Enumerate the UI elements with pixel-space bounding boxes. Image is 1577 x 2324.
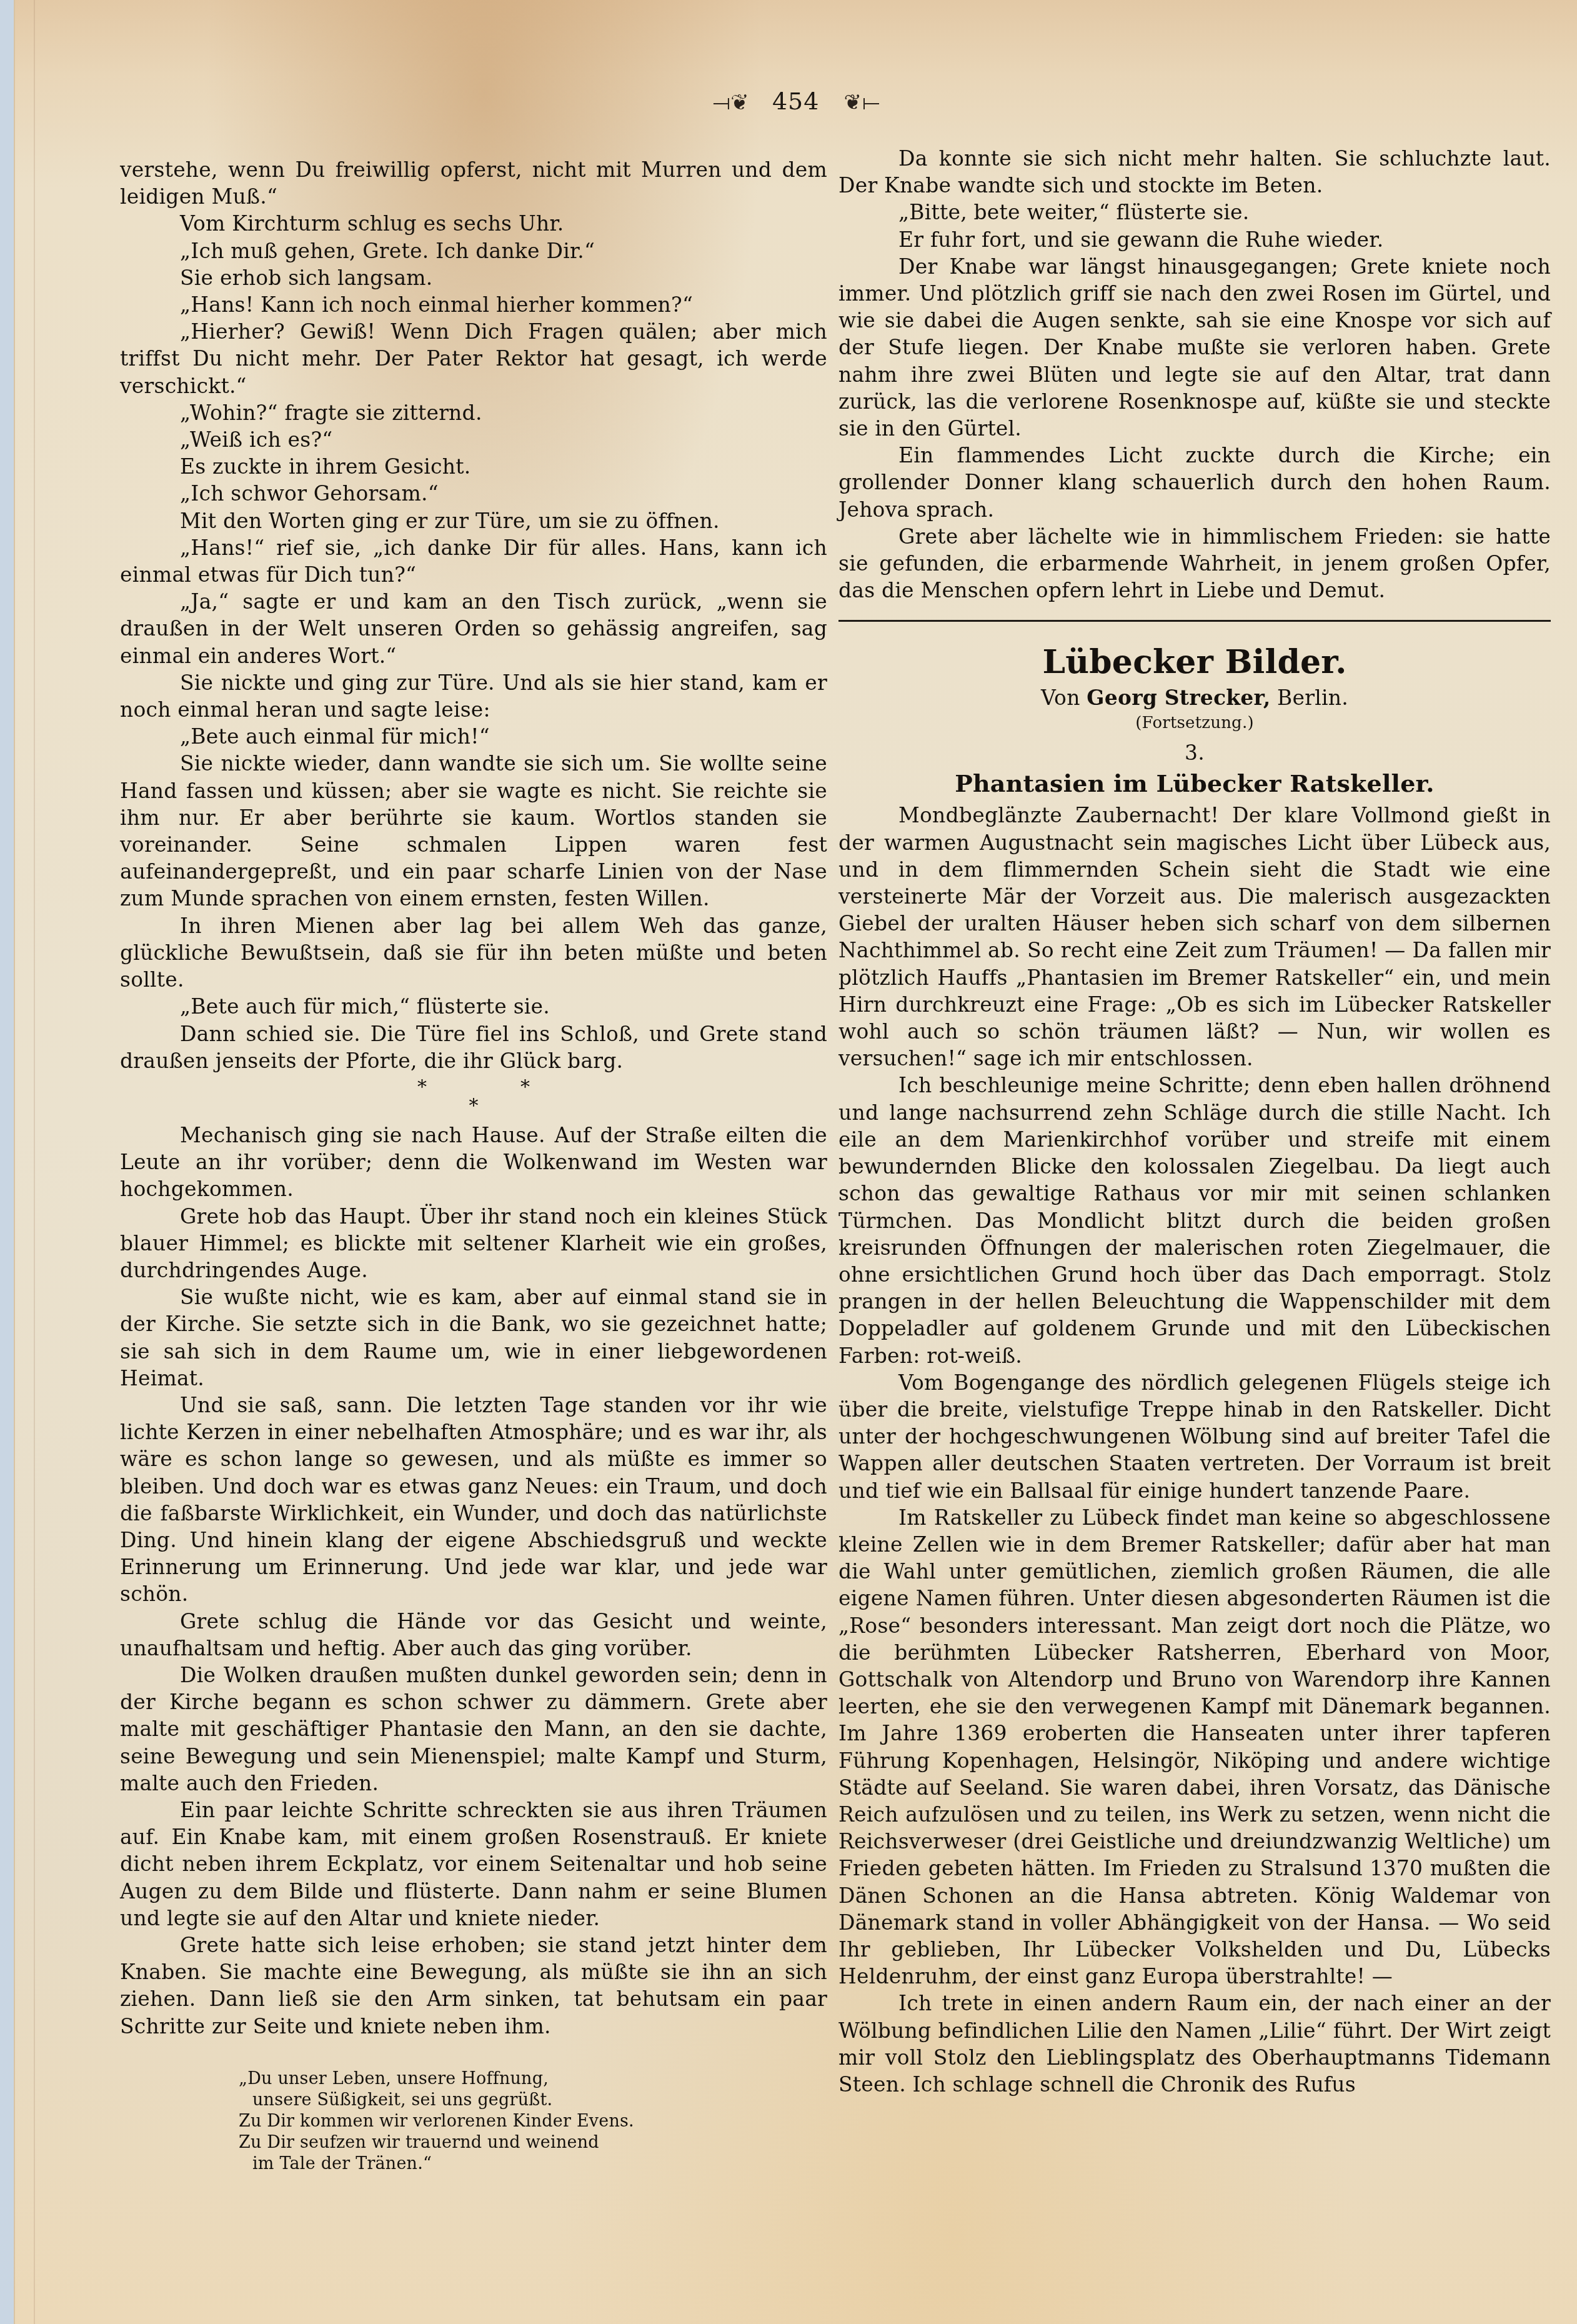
paragraph: Grete aber lächelte wie in himmlischem F… bbox=[838, 523, 1551, 604]
paragraph: „Wohin?“ fragte sie zitternd. bbox=[120, 399, 827, 426]
ornament-left-icon: ⟞❦ bbox=[713, 90, 748, 115]
paragraph: Dann schied sie. Die Türe fiel ins Schlo… bbox=[120, 1020, 827, 1074]
page-number: 454 bbox=[772, 87, 820, 115]
paragraph: Sie erhob sich langsam. bbox=[120, 264, 827, 291]
ornament-right-icon: ❦⟝ bbox=[844, 90, 881, 115]
paragraph: Es zuckte in ihrem Gesicht. bbox=[120, 453, 827, 480]
verse-line: unsere Süßigkeit, sei uns gegrüßt. bbox=[239, 2090, 827, 2111]
paragraph: Ein paar leichte Schritte schreckten sie… bbox=[120, 1797, 827, 1932]
paragraph: Mondbeglänzte Zaubernacht! Der klare Vol… bbox=[838, 802, 1551, 1072]
verse-line: Zu Dir seufzen wir trauernd und weinend bbox=[239, 2132, 827, 2153]
story-paragraphs: verstehe, wenn Du freiwillig opferst, ni… bbox=[120, 156, 827, 1074]
paragraph: „Ich muß gehen, Grete. Ich danke Dir.“ bbox=[120, 237, 827, 264]
paragraph: „Bete auch einmal für mich!“ bbox=[120, 723, 827, 750]
paragraph: „Bete auch für mich,“ flüsterte sie. bbox=[120, 993, 827, 1020]
byline-prefix: Von bbox=[1041, 686, 1080, 710]
paragraph: „Hans!“ rief sie, „ich danke Dir für all… bbox=[120, 534, 827, 588]
paragraph: Ich beschleunige meine Schritte; denn eb… bbox=[838, 1072, 1551, 1369]
paragraph: Mechanisch ging sie nach Hause. Auf der … bbox=[120, 1122, 827, 1203]
article-title: Lübecker Bilder. bbox=[838, 643, 1551, 682]
scanned-page: ⟞❦ 454 ❦⟝ verstehe, wenn Du freiwillig o… bbox=[14, 0, 1577, 2324]
paragraph: Die Wolken draußen mußten dunkel geworde… bbox=[120, 1662, 827, 1797]
paragraph: „Ja,“ sagte er und kam an den Tisch zurü… bbox=[120, 588, 827, 669]
article-byline: Von Georg Strecker, Berlin. bbox=[838, 684, 1551, 712]
story-conclusion: Da konnte sie sich nicht mehr halten. Si… bbox=[838, 145, 1551, 604]
separator-stars-top: ** bbox=[120, 1078, 827, 1097]
paragraph: „Bitte, bete weiter,“ flüsterte sie. bbox=[838, 199, 1551, 226]
paragraph: Sie nickte und ging zur Türe. Und als si… bbox=[120, 669, 827, 723]
section-title: Phantasien im Lübecker Ratskeller. bbox=[838, 768, 1551, 799]
paragraph: Grete hatte sich leise erhoben; sie stan… bbox=[120, 1932, 827, 2040]
verse-line: „Du unser Leben, unsere Hoffnung, bbox=[239, 2068, 827, 2090]
paragraph: Der Knabe war längst hinausgegangen; Gre… bbox=[838, 253, 1551, 442]
paragraph: Vom Bogengange des nördlich gelegenen Fl… bbox=[838, 1369, 1551, 1504]
prayer-verse: „Du unser Leben, unsere Hoffnung,unsere … bbox=[239, 2068, 827, 2175]
author-location: Berlin. bbox=[1277, 686, 1348, 710]
paragraph: „Weiß ich es?“ bbox=[120, 426, 827, 453]
paragraph: Sie wußte nicht, wie es kam, aber auf ei… bbox=[120, 1284, 827, 1392]
section-number: 3. bbox=[838, 738, 1551, 768]
paragraph: Grete schlug die Hände vor das Gesicht u… bbox=[120, 1608, 827, 1662]
section-separator: ** * bbox=[120, 1078, 827, 1115]
right-column: Da konnte sie sich nicht mehr halten. Si… bbox=[838, 145, 1551, 2098]
page-header: ⟞❦ 454 ❦⟝ bbox=[15, 87, 1577, 115]
paragraph: Vom Kirchturm schlug es sechs Uhr. bbox=[120, 210, 827, 237]
article-divider bbox=[838, 620, 1551, 622]
paragraph: Er fuhr fort, und sie gewann die Ruhe wi… bbox=[838, 226, 1551, 253]
paragraph: Da konnte sie sich nicht mehr halten. Si… bbox=[838, 145, 1551, 199]
paragraph: Sie nickte wieder, dann wandte sie sich … bbox=[120, 750, 827, 912]
paragraph: Und sie saß, sann. Die letzten Tage stan… bbox=[120, 1392, 827, 1608]
story-paragraphs-continued: Mechanisch ging sie nach Hause. Auf der … bbox=[120, 1122, 827, 2040]
paragraph: verstehe, wenn Du freiwillig opferst, ni… bbox=[120, 156, 827, 210]
paragraph: „Ich schwor Gehorsam.“ bbox=[120, 480, 827, 507]
paragraph: Grete hob das Haupt. Über ihr stand noch… bbox=[120, 1203, 827, 1284]
paragraph: In ihren Mienen aber lag bei allem Weh d… bbox=[120, 912, 827, 994]
paragraph: Im Ratskeller zu Lübeck findet man keine… bbox=[838, 1504, 1551, 1990]
paragraph: Mit den Worten ging er zur Türe, um sie … bbox=[120, 507, 827, 534]
verse-line: Zu Dir kommen wir verlorenen Kinder Even… bbox=[239, 2111, 827, 2132]
author-name: Georg Strecker, bbox=[1087, 686, 1270, 710]
paragraph: „Hans! Kann ich noch einmal hierher komm… bbox=[120, 291, 827, 318]
paragraph: „Hierher? Gewiß! Wenn Dich Fragen quälen… bbox=[120, 318, 827, 399]
paragraph: Ich trete in einen andern Raum ein, der … bbox=[838, 1990, 1551, 2098]
article-body: Mondbeglänzte Zaubernacht! Der klare Vol… bbox=[838, 802, 1551, 2098]
continuation-note: (Fortsetzung.) bbox=[838, 712, 1551, 734]
paragraph: Ein flammendes Licht zuckte durch die Ki… bbox=[838, 442, 1551, 523]
verse-line: im Tale der Tränen.“ bbox=[239, 2153, 827, 2175]
separator-star-bottom: * bbox=[120, 1097, 827, 1115]
left-column: verstehe, wenn Du freiwillig opferst, ni… bbox=[120, 156, 827, 2175]
